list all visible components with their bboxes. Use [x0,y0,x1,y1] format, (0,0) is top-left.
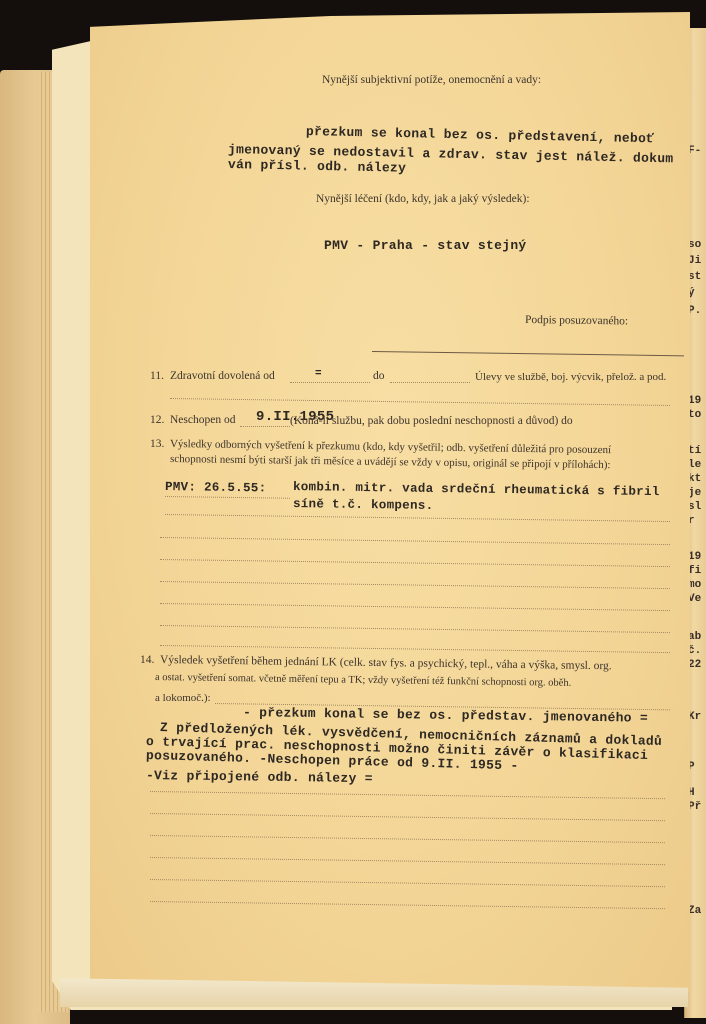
section-13-number: 13. [150,438,164,450]
section-14-number: 14. [140,654,154,666]
current-treatment-label: Nynější léčení (kdo, kdy, jak a jaký výs… [316,193,530,205]
exam-typed-line-5: -Viz připojené odb. nálezy = [146,768,373,786]
incapable-rest-label: (Koná-li službu, pak dobu poslední nesch… [290,415,573,427]
sick-leave-from-label: Zdravotní dovolená od [170,370,275,382]
sick-leave-to-field [390,382,470,383]
sick-leave-to-label: do [373,370,385,382]
section-11-number: 11. [150,370,164,382]
exam-result-line-2: síně t.č. kompens. [293,497,434,513]
incapable-from-field [240,426,290,427]
treatment-typed: PMV - Praha - stav stejný [324,238,527,253]
sick-leave-from-value: = [315,368,322,380]
section-14-label-line-3: a lokomoč.): [155,692,211,704]
section-12-number: 12. [150,414,164,426]
current-complaints-label: Nynější subjektivní potíže, onemocnění a… [322,74,541,86]
relief-label: Úlevy ve službě, boj. výcvik, přelož. a … [475,371,666,383]
incapable-from-label: Neschopen od [170,414,235,426]
signature-label: Podpis posuzovaného: [525,314,628,327]
sick-leave-from-field [290,382,370,383]
exam-source-typed: PMV: 26.5.55: [165,480,267,495]
